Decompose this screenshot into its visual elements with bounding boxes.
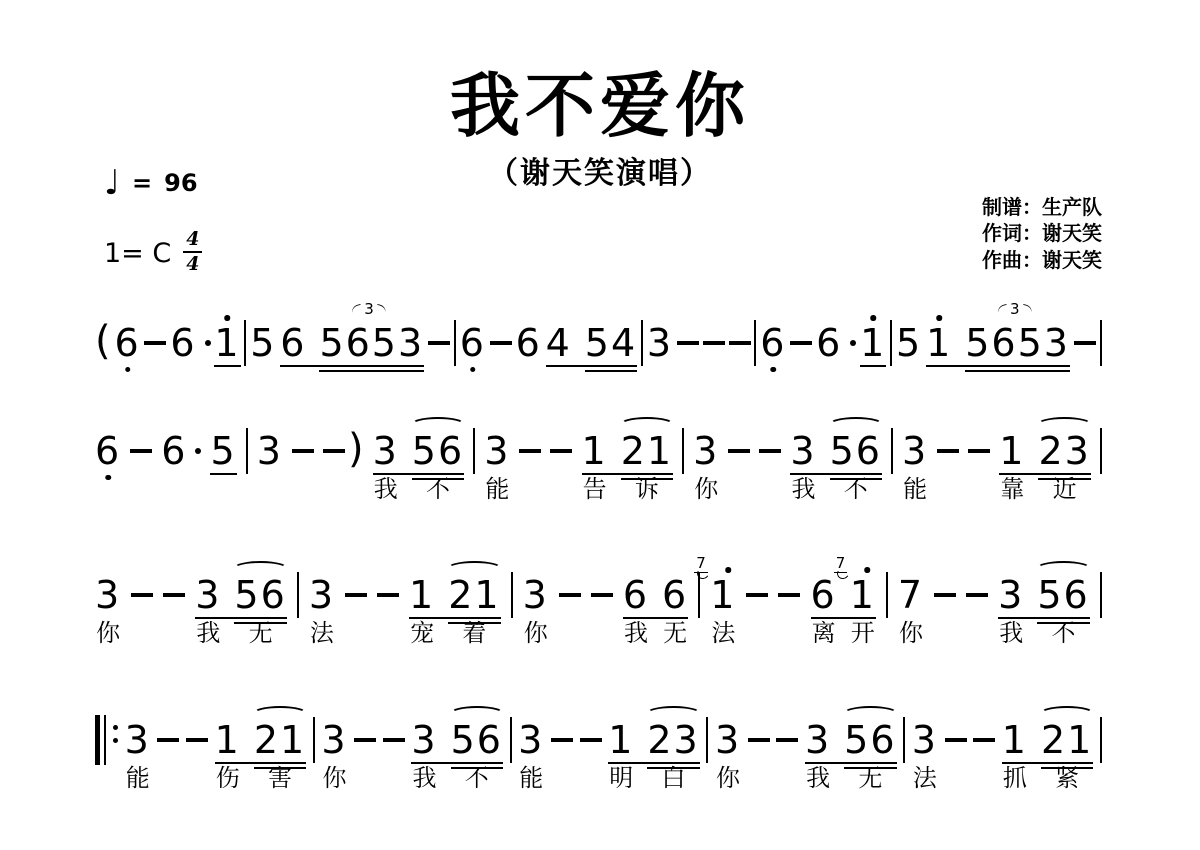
dash-icon [580, 738, 602, 742]
augmentation-dot-icon [205, 340, 211, 346]
note-digit: 3 [912, 721, 938, 759]
sustain-dash [428, 341, 450, 345]
note-digit: 6 [460, 324, 486, 362]
sustain-dash [157, 738, 179, 742]
note-digit: 3 [998, 576, 1024, 614]
note-digit: 6 [114, 324, 140, 362]
note-digit: 56 [830, 432, 882, 470]
note-digit: 3 [518, 721, 544, 759]
note-digit: 3 [523, 576, 549, 614]
note: 5 [896, 323, 922, 363]
octave-dot-below-icon [105, 475, 111, 481]
lyric: 害 [268, 766, 292, 790]
credit-arranger: 制谱：生产队 [982, 194, 1102, 220]
note-digit: 1 [409, 576, 435, 614]
dash-icon [703, 341, 725, 345]
note: 1靠 [999, 431, 1025, 471]
note: 1 [214, 323, 240, 363]
note: 1 [926, 323, 952, 363]
lyric: 无 [663, 621, 687, 645]
barline [313, 717, 315, 763]
dash-icon [748, 738, 770, 742]
lyric: 明 [609, 766, 633, 790]
score-line-1: (66156565336645436615156533 [95, 320, 1102, 366]
beam-group: 1明23白 [608, 720, 700, 760]
note: 5 [250, 323, 276, 363]
note-digit: 1 [860, 324, 886, 362]
sustain-dash [580, 738, 602, 742]
lyric: 你 [716, 766, 740, 790]
note: 3你 [321, 720, 347, 760]
sustain-dash [1074, 341, 1096, 345]
slur-icon [843, 706, 897, 721]
beam-group: 656533 [280, 323, 424, 363]
underline-icon [805, 762, 897, 764]
dash-icon [490, 341, 512, 345]
note-digit: 3 [805, 721, 831, 759]
note-digit: 21 [1041, 721, 1093, 759]
beam-group: 3我56不 [998, 575, 1090, 615]
slur-icon [620, 417, 674, 432]
sustain-dash [677, 341, 699, 345]
sustain-dash [790, 341, 812, 345]
note-digit: 56 [844, 721, 896, 759]
note-digit: 6 [161, 432, 187, 470]
sustain-dash [937, 449, 959, 453]
repeat-thin-bar [104, 715, 106, 765]
dash-icon [728, 449, 750, 453]
octave-dot-below-icon [771, 367, 777, 373]
triplet-mark: 3 [351, 302, 387, 317]
sustain-dash [729, 341, 751, 345]
barline [454, 320, 456, 366]
dash-icon [778, 593, 800, 597]
note: 3我 [998, 575, 1024, 615]
beam-group: 3我56不 [373, 431, 465, 471]
triplet-bracket-left-icon [996, 304, 1007, 313]
note: 1告 [582, 431, 608, 471]
lyric: 宠 [410, 621, 434, 645]
dash-icon [383, 738, 405, 742]
repeat-thick-bar [95, 715, 100, 765]
score-line-4: 3能1伤21害3你3我56不3能1明23白3你3我56无3法1抓21紧 [95, 717, 1102, 763]
barline [641, 320, 643, 366]
note: 1 [860, 323, 886, 363]
sustain-dash [377, 593, 399, 597]
slur-icon [411, 417, 465, 432]
song-title: 我不爱你 [0, 50, 1200, 151]
dash-icon [937, 449, 959, 453]
note: 3你 [95, 575, 121, 615]
note-digit: 3 [125, 721, 151, 759]
note-digit: 56 [451, 721, 503, 759]
augmentation-dot-icon [195, 448, 201, 454]
note-digit: 6 [516, 324, 542, 362]
note-digit: 5 [250, 324, 276, 362]
note: 3你 [523, 575, 549, 615]
sustain-dash [144, 341, 166, 345]
lyric: 不 [465, 766, 489, 790]
note: 23近 [1038, 431, 1090, 471]
note-digit: 21 [448, 576, 500, 614]
note: 3法 [309, 575, 335, 615]
triplet-bracket-left-icon [350, 304, 361, 313]
dash-icon [973, 738, 995, 742]
lyric: 无 [858, 766, 882, 790]
lyric: 我 [791, 477, 815, 501]
lyric: 能 [519, 766, 543, 790]
dash-icon [519, 449, 541, 453]
dash-icon [377, 593, 399, 597]
credits: 制谱：生产队 作词：谢天笑 作曲：谢天笑 [982, 194, 1102, 273]
sustain-dash [354, 738, 376, 742]
note-digit: 23 [1038, 432, 1090, 470]
note-digit: 56 [412, 432, 464, 470]
note-digit: 21 [254, 721, 306, 759]
note-digit: 3 [257, 432, 283, 470]
lyric: 能 [126, 766, 150, 790]
underline-icon [860, 365, 886, 367]
augmentation-dot-icon [850, 340, 856, 346]
dash-icon [345, 593, 367, 597]
underline-icon [790, 473, 882, 475]
note: 6 [280, 323, 306, 363]
note-digit: 6 [760, 324, 786, 362]
underline-icon [195, 617, 287, 619]
credit-lyricist: 作词：谢天笑 [982, 220, 1102, 246]
tempo-marking: ♩ = 96 [104, 166, 198, 200]
note: 5 [210, 431, 236, 471]
note-digit: 3 [95, 576, 121, 614]
repeat-dot [113, 738, 118, 743]
note-digit: 1 [1002, 721, 1028, 759]
triplet-number: 3 [1010, 302, 1020, 317]
dash-icon [551, 738, 573, 742]
underline-icon [210, 473, 236, 475]
quarter-note-icon: ♩ [104, 166, 120, 200]
sustain-dash [550, 449, 572, 453]
note: 6我 [623, 575, 649, 615]
note: 56不 [412, 431, 464, 471]
underline-icon [280, 365, 424, 367]
lyric: 伤 [216, 766, 240, 790]
sustain-dash [186, 738, 208, 742]
note: 1宠 [409, 575, 435, 615]
triplet-number: 3 [364, 302, 374, 317]
underline-icon [998, 617, 1090, 619]
note-digit: 1 [999, 432, 1025, 470]
dash-icon [131, 593, 153, 597]
dash-icon [591, 593, 613, 597]
note: 21着 [448, 575, 500, 615]
octave-dot-below-icon [470, 367, 476, 373]
lyric: 能 [903, 477, 927, 501]
key-signature: 1= C 4 4 [104, 232, 202, 274]
lyric: 你 [899, 621, 923, 645]
lyric: 靠 [1000, 477, 1024, 501]
sustain-dash [551, 738, 573, 742]
underline-icon [1002, 762, 1094, 764]
dash-icon [354, 738, 376, 742]
dash-icon [1074, 341, 1096, 345]
sustain-dash [934, 593, 956, 597]
lyric: 我 [999, 621, 1023, 645]
lyric: 不 [844, 477, 868, 501]
dash-icon [677, 341, 699, 345]
barline [890, 320, 892, 366]
dash-icon [759, 449, 781, 453]
note: 56533 [319, 323, 424, 363]
note-digit: 1 [608, 721, 634, 759]
note: 7你 [898, 575, 924, 615]
slur-icon [450, 706, 504, 721]
note: 56不 [1037, 575, 1089, 615]
beam-group: 3我56不 [790, 431, 882, 471]
octave-dot-above-icon [871, 315, 877, 321]
sustain-dash [490, 341, 512, 345]
double-underline-icon [319, 370, 424, 372]
barline [706, 717, 708, 763]
slur-icon [253, 706, 307, 721]
double-underline-icon [585, 370, 637, 372]
sheet-music-page: { "page": {"background": "#ffffff", "ink… [0, 0, 1200, 850]
sustain-dash [968, 449, 990, 453]
note-digit: 56 [234, 576, 286, 614]
note-digit: 6 [623, 576, 649, 614]
barline [1100, 428, 1102, 474]
underline-icon [214, 365, 240, 367]
note-digit: 21 [621, 432, 673, 470]
octave-dot-below-icon [125, 367, 131, 373]
dash-icon [323, 449, 345, 453]
note-digit: 3 [411, 721, 437, 759]
octave-dot-above-icon [725, 567, 731, 573]
sustain-dash [728, 449, 750, 453]
note: 56不 [451, 720, 503, 760]
note: 3我 [411, 720, 437, 760]
note-digit: 5653 [319, 324, 424, 362]
note: 1伤 [215, 720, 241, 760]
underline-icon [608, 762, 700, 764]
lyric: 你 [96, 621, 120, 645]
sustain-dash [130, 449, 152, 453]
note: 3能 [125, 720, 151, 760]
sustain-dash [591, 593, 613, 597]
dash-icon [144, 341, 166, 345]
note-digit: 23 [647, 721, 699, 759]
sustain-dash [748, 738, 770, 742]
beam-group: 1抓21紧 [1002, 720, 1094, 760]
barline [1100, 572, 1102, 618]
beam-group: 1告21诉 [582, 431, 674, 471]
note: 3你 [693, 431, 719, 471]
sustain-dash [778, 593, 800, 597]
beam-group: 1宠21着 [409, 575, 501, 615]
key-text: 1= C [104, 238, 171, 269]
beam-group: 3我56无 [805, 720, 897, 760]
sustain-dash [776, 738, 798, 742]
tempo-bpm: 96 [164, 169, 197, 197]
dash-icon [550, 449, 572, 453]
note: 6 [460, 323, 486, 363]
note-digit: 3 [309, 576, 335, 614]
lyric: 抓 [1003, 766, 1027, 790]
lyric: 我 [374, 477, 398, 501]
beam-group: 1伤21害 [215, 720, 307, 760]
note-digit: 1 [850, 576, 876, 614]
note: 56533 [965, 323, 1070, 363]
score-line-3: 3你3我56无3法1宠21着3你6我6无17法6离17开7你3我56不 [95, 572, 1102, 618]
time-signature-denominator: 4 [186, 253, 199, 274]
note: 3你 [715, 720, 741, 760]
score-line-2: 6653)3我56不3能1告21诉3你3我56不3能1靠23近 [95, 428, 1102, 474]
lyric: 能 [485, 477, 509, 501]
lyric: 不 [426, 477, 450, 501]
note-digit: 3 [790, 432, 816, 470]
lyric: 无 [249, 621, 273, 645]
octave-dot-above-icon [936, 315, 942, 321]
barline [891, 428, 893, 474]
lyric: 我 [196, 621, 220, 645]
credit-composer: 作曲：谢天笑 [982, 247, 1102, 273]
slur-icon [1036, 561, 1090, 576]
sustain-dash [131, 593, 153, 597]
barline [511, 572, 513, 618]
beam-group: 3我56无 [195, 575, 287, 615]
lyric: 不 [1052, 621, 1076, 645]
note: 3能 [484, 431, 510, 471]
dash-icon [559, 593, 581, 597]
sustain-dash [973, 738, 995, 742]
lyric: 法 [913, 766, 937, 790]
dash-icon [934, 593, 956, 597]
beam-group: 3我56不 [411, 720, 503, 760]
dash-icon [966, 593, 988, 597]
note: 56无 [844, 720, 896, 760]
underline-icon [623, 617, 688, 619]
tempo-equals: = [132, 169, 152, 197]
note: 6 [816, 323, 856, 363]
note-digit: 5653 [965, 324, 1070, 362]
lyric: 我 [806, 766, 830, 790]
note-digit: 54 [585, 324, 637, 362]
note-digit: 5 [896, 324, 922, 362]
triplet-bracket-right-icon [376, 304, 387, 313]
barline [1100, 717, 1102, 763]
note: 56无 [234, 575, 286, 615]
note-digit: 3 [902, 432, 928, 470]
dash-icon [186, 738, 208, 742]
note: 6 [170, 323, 210, 363]
note-digit: 1 [214, 324, 240, 362]
dash-icon [968, 449, 990, 453]
beam-group: 454 [546, 323, 638, 363]
barline [510, 717, 512, 763]
note-digit: 3 [693, 432, 719, 470]
note: 3法 [912, 720, 938, 760]
dash-icon [746, 593, 768, 597]
note-digit: 7 [898, 576, 924, 614]
note: 3我 [195, 575, 221, 615]
barline [246, 428, 248, 474]
sustain-dash [519, 449, 541, 453]
open-paren: ( [95, 321, 111, 361]
lyric: 法 [711, 621, 735, 645]
sustain-dash [292, 449, 314, 453]
note: 6 [516, 323, 542, 363]
note-digit: 3 [715, 721, 741, 759]
sustain-dash [746, 593, 768, 597]
note: 3 [647, 323, 673, 363]
note: 4 [546, 323, 572, 363]
note: 17法 [710, 575, 736, 615]
note: 6无 [662, 575, 688, 615]
lyric: 离 [812, 621, 836, 645]
note-digit: 6 [816, 324, 842, 362]
beam-group: 6离17开 [811, 575, 876, 615]
note-digit: 56 [1037, 576, 1089, 614]
sustain-dash: ) [323, 431, 364, 471]
underline-icon [215, 762, 307, 764]
sustain-dash [945, 738, 967, 742]
note-digit: 6 [95, 432, 121, 470]
note: 6 [114, 323, 140, 363]
dash-icon [790, 341, 812, 345]
note-digit: 1 [215, 721, 241, 759]
triplet-mark: 3 [997, 302, 1033, 317]
lyric: 近 [1053, 477, 1077, 501]
lyric: 你 [694, 477, 718, 501]
note: 3我 [805, 720, 831, 760]
note-digit: 1 [582, 432, 608, 470]
lyric: 你 [524, 621, 548, 645]
sustain-dash [703, 341, 725, 345]
double-underline-icon [965, 370, 1070, 372]
dash-icon [130, 449, 152, 453]
repeat-dot [113, 725, 118, 730]
note-digit: 5 [210, 432, 236, 470]
dash-icon [428, 341, 450, 345]
dash-icon [776, 738, 798, 742]
barline [903, 717, 905, 763]
note: 54 [585, 323, 637, 363]
dash-icon [945, 738, 967, 742]
sustain-dash [163, 593, 185, 597]
underline-icon [811, 617, 876, 619]
barline [473, 428, 475, 474]
barline [682, 428, 684, 474]
lyric: 法 [310, 621, 334, 645]
note-digit: 1 [926, 324, 952, 362]
note: 6 [95, 431, 121, 471]
underline-icon [999, 473, 1091, 475]
barline [297, 572, 299, 618]
beam-group: 156533 [926, 323, 1070, 363]
note-digit: 3 [321, 721, 347, 759]
note-digit: 3 [373, 432, 399, 470]
note-digit: 1 [710, 576, 736, 614]
dash-icon [157, 738, 179, 742]
sustain-dash [383, 738, 405, 742]
slur-icon [646, 706, 700, 721]
beam-group: 1靠23近 [999, 431, 1091, 471]
note-digit: 6 [811, 576, 837, 614]
underline-icon [926, 365, 1070, 367]
note: 3我 [373, 431, 399, 471]
lyric: 着 [462, 621, 486, 645]
slur-icon [829, 417, 883, 432]
note-digit: 3 [484, 432, 510, 470]
